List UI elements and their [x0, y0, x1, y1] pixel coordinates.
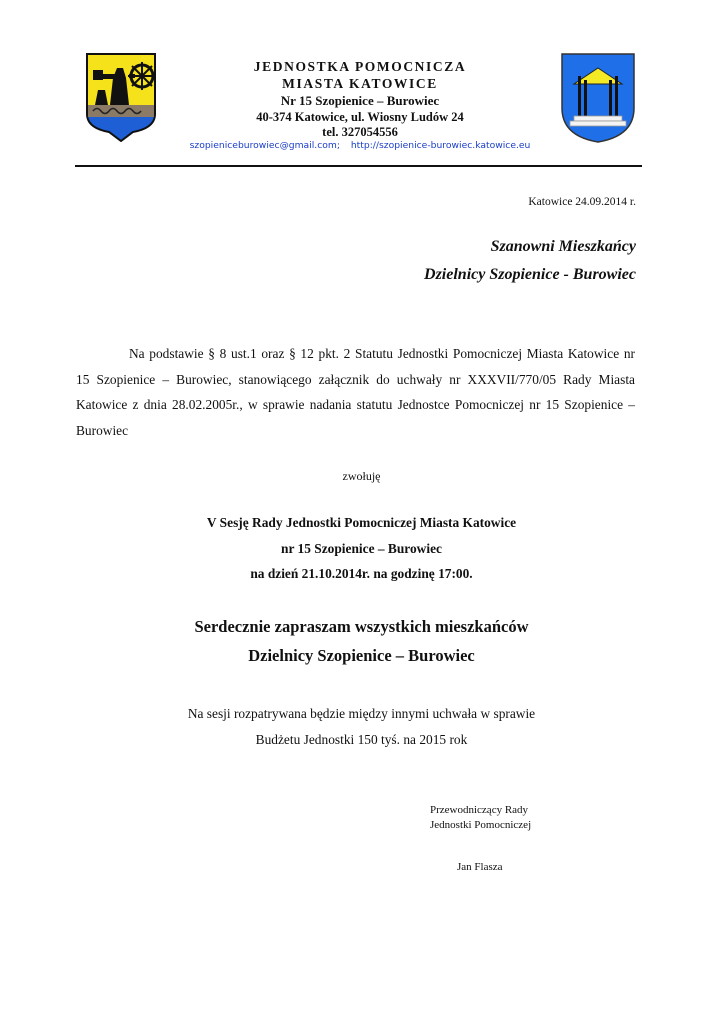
website-link[interactable]: http://szopienice-burowiec.katowice.eu: [351, 140, 531, 151]
agenda-note-line2: Budżetu Jednostki 150 tyś. na 2015 rok: [0, 732, 723, 748]
letter-date: Katowice 24.09.2014 r.: [528, 196, 636, 208]
org-name-line2: MIASTA KATOWICE: [170, 76, 550, 92]
salutation-line2: Dzielnicy Szopienice - Burowiec: [424, 266, 636, 284]
session-unit: nr 15 Szopienice – Burowiec: [0, 541, 723, 557]
session-datetime: na dzień 21.10.2014r. na godzinę 17:00.: [0, 566, 723, 582]
session-title: V Sesję Rady Jednostki Pomocniczej Miast…: [0, 515, 723, 531]
org-name-line3: Nr 15 Szopienice – Burowiec: [170, 93, 550, 109]
contact-links: szopieniceburowiec@gmail.com; http://szo…: [150, 140, 570, 151]
letterhead-divider: [75, 165, 642, 167]
email-link[interactable]: szopieniceburowiec@gmail.com;: [190, 140, 340, 151]
signatory-title1: Przewodniczący Rady: [430, 804, 528, 816]
org-phone: tel. 327054556: [170, 125, 550, 140]
invitation-line1: Serdecznie zapraszam wszystkich mieszkań…: [0, 617, 723, 637]
invitation-line2: Dzielnicy Szopienice – Burowiec: [0, 646, 723, 666]
org-name-line1: JEDNOSTKA POMOCNICZA: [170, 59, 550, 75]
legal-basis-paragraph: Na podstawie § 8 ust.1 oraz § 12 pkt. 2 …: [76, 341, 635, 443]
katowice-coat-of-arms-icon: [85, 52, 157, 142]
org-address: 40-374 Katowice, ul. Wiosny Ludów 24: [170, 110, 550, 125]
signatory-name: Jan Flasza: [457, 861, 503, 873]
szopienice-coat-of-arms-icon: [560, 52, 636, 144]
agenda-note-line1: Na sesji rozpatrywana będzie między inny…: [0, 706, 723, 722]
convene-word: zwołuję: [0, 469, 723, 484]
salutation-line1: Szanowni Mieszkańcy: [491, 238, 636, 256]
signatory-title2: Jednostki Pomocniczej: [430, 819, 531, 831]
